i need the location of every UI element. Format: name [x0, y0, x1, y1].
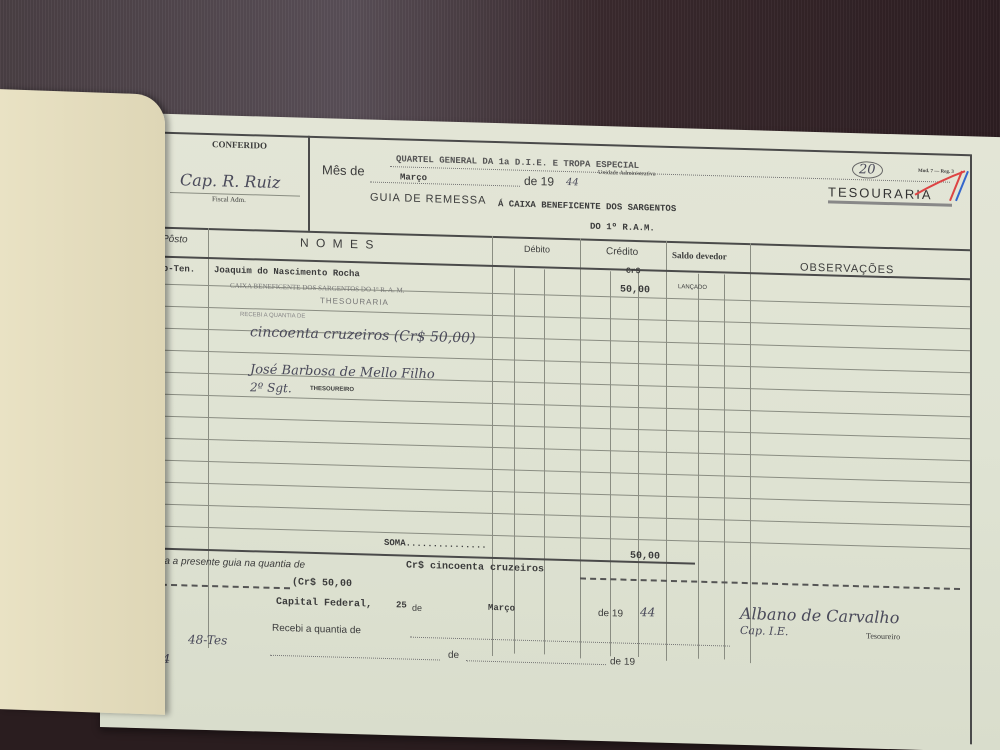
- day-suffix: de: [412, 603, 422, 613]
- stamp-line2: THESOURARIA: [320, 296, 389, 307]
- subcol-line: [638, 272, 639, 657]
- destination-line1: Á CAIXA BENEFICENTE DOS SARGENTOS: [498, 199, 676, 214]
- treasurer-label: Tesoureiro: [866, 631, 900, 641]
- left-page-fold: [0, 89, 165, 715]
- mes-de-label: Mês de: [322, 162, 365, 178]
- de-line: [466, 660, 606, 665]
- stamp-signer-rank: 2º Sgt.: [250, 380, 292, 395]
- col-credito: Crédito: [606, 246, 638, 258]
- importa-typed: Cr$ cincoenta cruzeiros: [406, 561, 544, 576]
- subcol-line: [698, 274, 699, 659]
- fiscal-label: Fiscal Adm.: [212, 195, 246, 204]
- recebi-label: Recebi a quantia de: [272, 623, 361, 636]
- recebi-line: [410, 637, 730, 647]
- destination-line2: DO 1º R.A.M.: [590, 222, 655, 234]
- subcol-line: [514, 269, 515, 654]
- fiscal-signature: Cap. R. Ruiz: [180, 170, 280, 192]
- row-line: [155, 394, 970, 418]
- row-line: [155, 482, 970, 506]
- stamp-line3: RECEBI A QUANTIA DE: [240, 312, 305, 320]
- guia-remessa-label: GUIA DE REMESSA: [370, 192, 486, 207]
- year-prefix: de 19: [524, 174, 554, 189]
- row-line: [155, 504, 970, 528]
- treasurer-rank: Cap. I.E.: [740, 624, 788, 638]
- conferido-label: CONFERIDO: [212, 139, 267, 151]
- row-line: [155, 460, 970, 484]
- stamp-handwritten-amount: cincoenta cruzeiros (Cr$ 50,00): [250, 324, 490, 348]
- recebi-line2: [270, 655, 440, 661]
- right-border: [970, 154, 972, 744]
- color-pencil-mark-icon: [910, 165, 970, 207]
- col-posto: Pôsto: [162, 234, 188, 246]
- place: Capital Federal,: [276, 597, 372, 611]
- row-saldo: LANÇADO: [678, 284, 707, 291]
- year-value-footer: 44: [640, 605, 655, 619]
- col-nomes: N O M E S: [300, 236, 375, 252]
- month: Março: [488, 603, 515, 614]
- row-line: [155, 438, 970, 462]
- row-line: [155, 416, 970, 440]
- col-saldo-divider: [750, 243, 751, 663]
- subcol-line: [544, 269, 545, 654]
- stamp-signer-role: THESOUREIRO: [310, 386, 354, 393]
- col-debito: Débito: [524, 244, 550, 255]
- unit-typed: QUARTEL GENERAL DA 1a D.I.E. E TROPA ESP…: [396, 154, 639, 171]
- document-page: CONFERIDO Cap. R. Ruiz Fiscal Adm. Mês d…: [100, 112, 1000, 750]
- header-divider: [308, 136, 310, 231]
- oficio-number: 48-Tes: [188, 632, 227, 647]
- handwritten-number: 20: [852, 161, 883, 179]
- col-nomes-divider: [492, 236, 493, 656]
- importa-dash: [580, 577, 960, 590]
- year-prefix-footer: de 19: [598, 608, 623, 620]
- de-label: de: [448, 650, 459, 661]
- row-line: [155, 526, 970, 550]
- currency-label: Cr$: [626, 267, 640, 276]
- stamp-signature: José Barbosa de Mello Filho: [250, 362, 435, 382]
- col-saldo: Saldo devedor: [672, 250, 727, 262]
- year-value: 44: [566, 177, 579, 188]
- soma-value: 50,00: [630, 551, 660, 563]
- header-top-border: [160, 132, 970, 157]
- row-nome: Joaquim do Nascimento Rocha: [214, 265, 360, 279]
- unit-label: Unidade Administrativa: [598, 170, 656, 178]
- soma-label: SOMA...............: [384, 538, 487, 551]
- stamp-line1: CAIXA BENEFICENTE DOS SARGENTOS DO 1º R.…: [230, 282, 405, 295]
- table-top-border: [155, 227, 970, 252]
- col-credito-divider: [666, 241, 667, 661]
- row-credito: 50,00: [620, 285, 650, 297]
- de19-label: de 19: [610, 656, 635, 668]
- col-debito-divider: [580, 238, 581, 658]
- month-line: [370, 182, 520, 187]
- subcol-line: [610, 271, 611, 656]
- day: 25: [396, 600, 407, 610]
- subcol-line: [724, 274, 725, 659]
- importa-numeric: (Cr$ 50,00: [292, 577, 352, 590]
